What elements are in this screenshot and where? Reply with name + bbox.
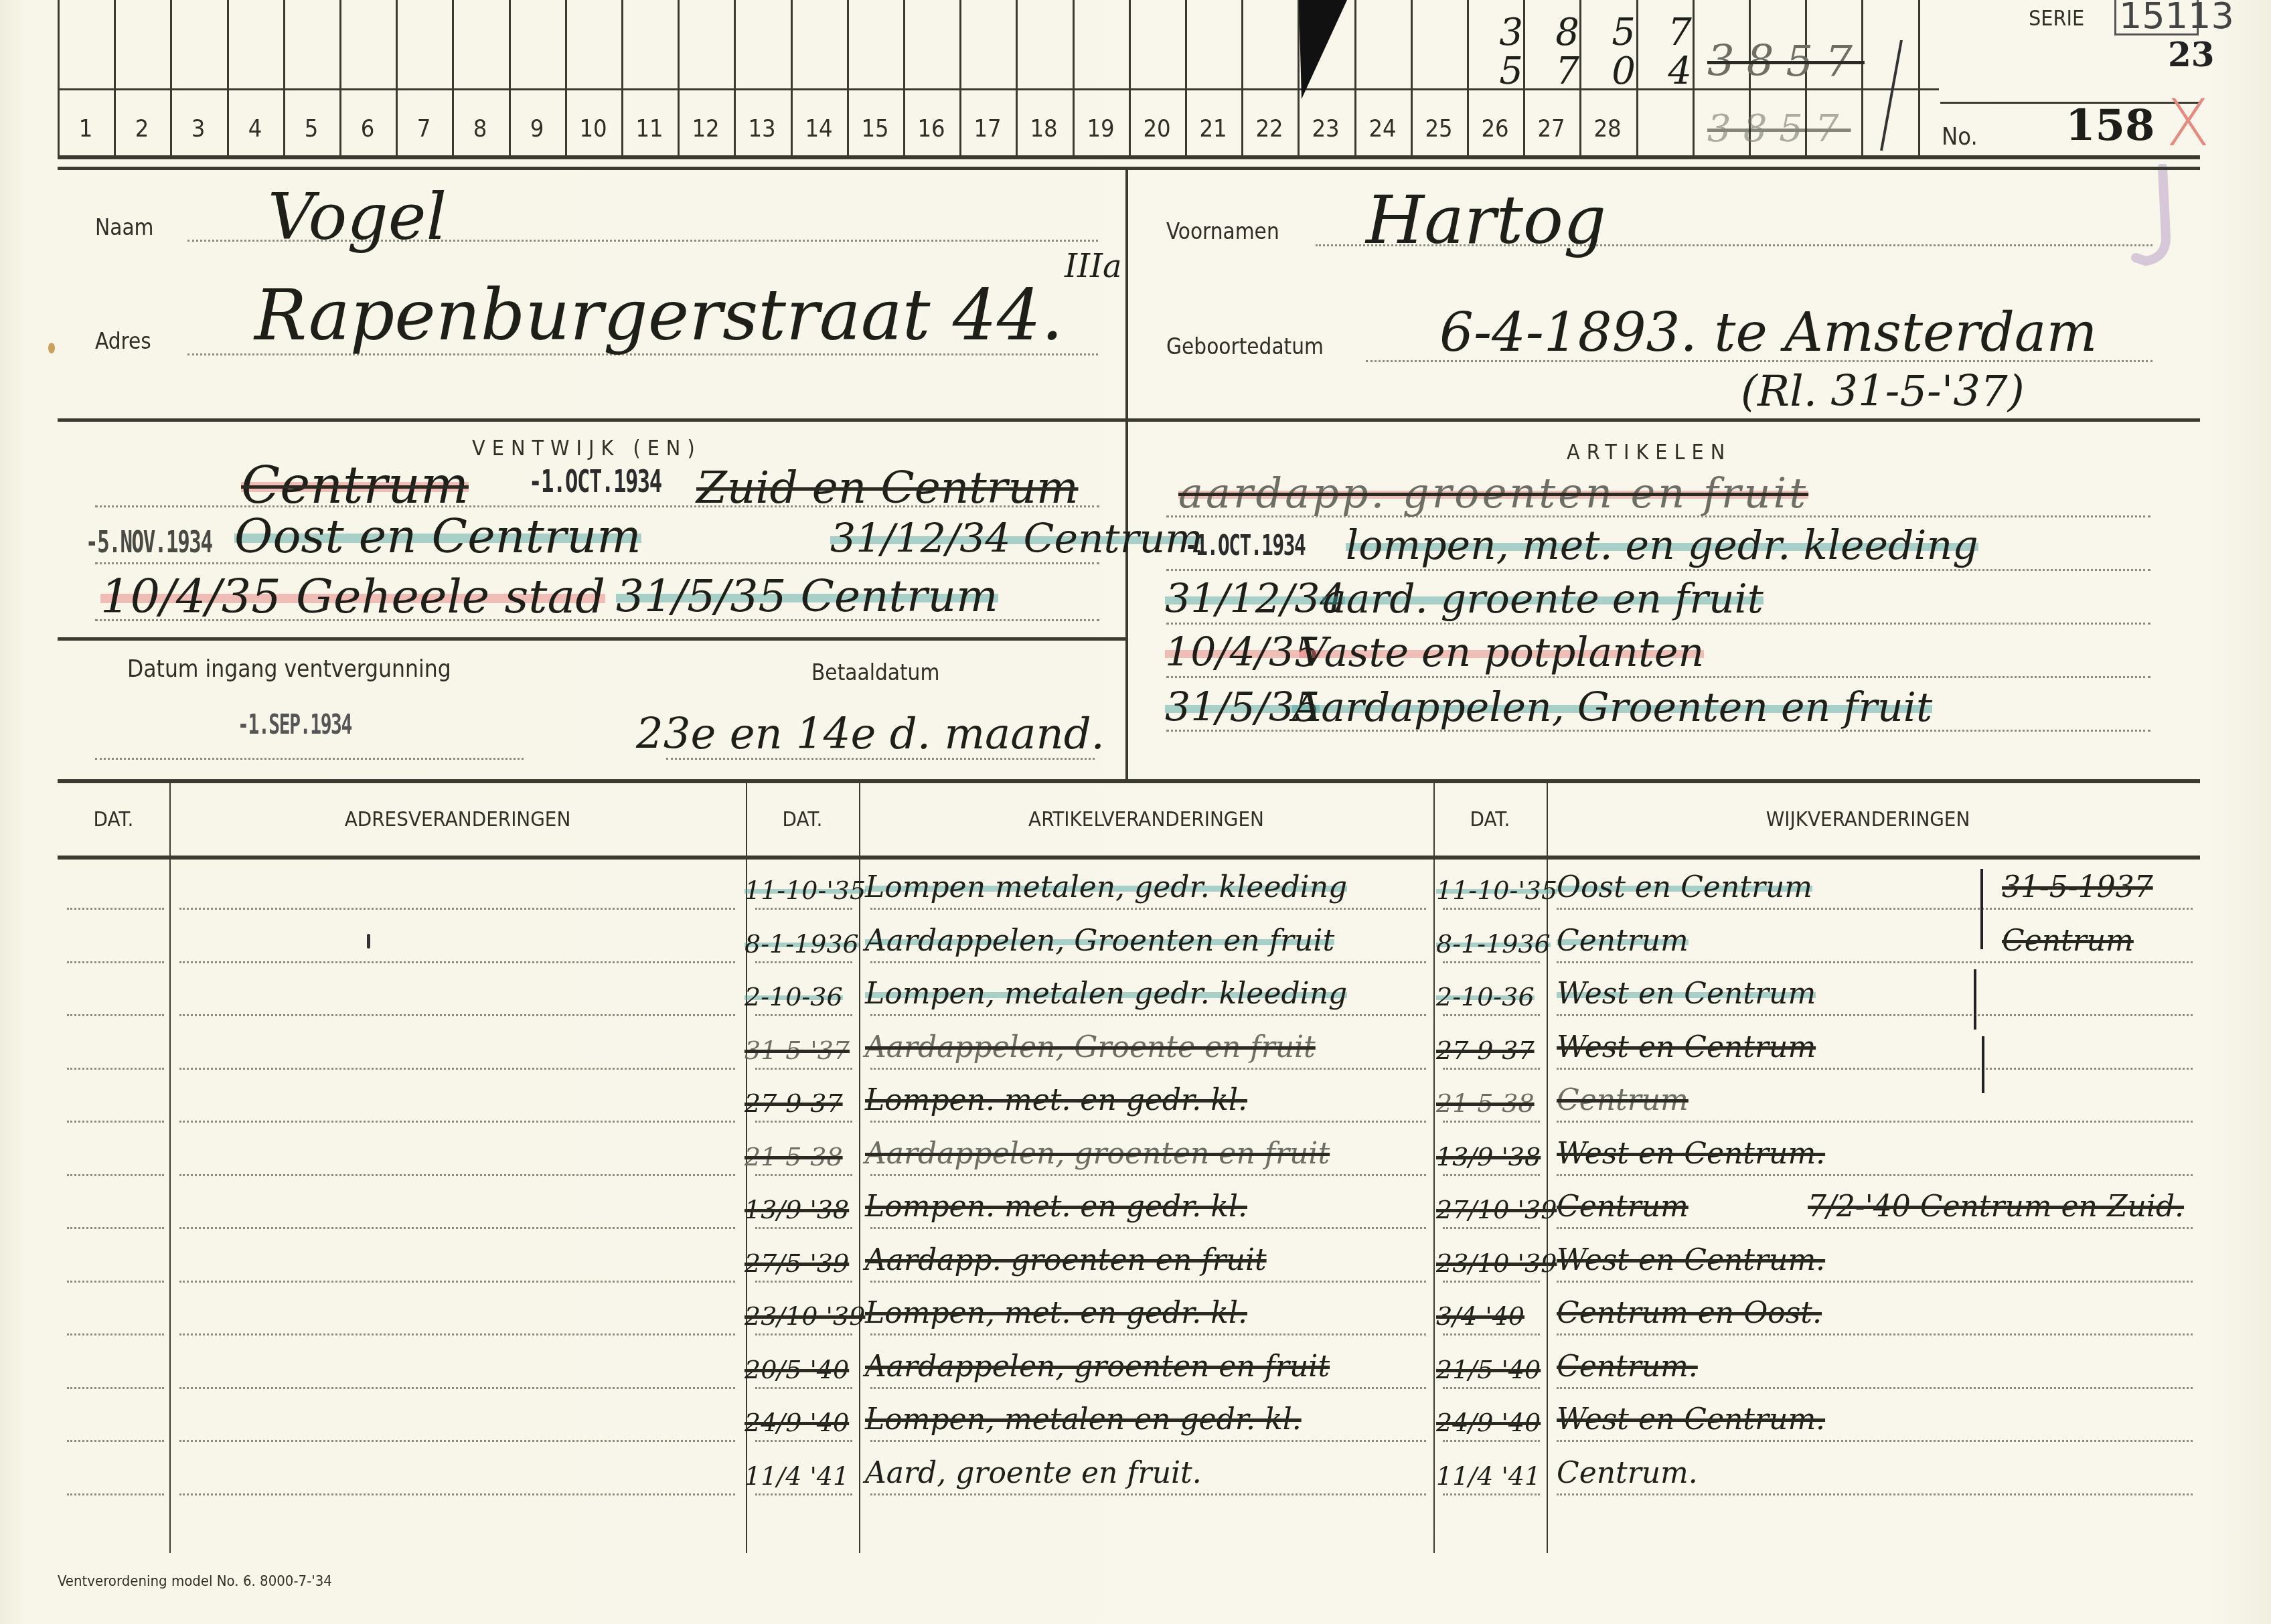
row-line bbox=[755, 908, 852, 910]
row-line bbox=[870, 1333, 1426, 1335]
row-line bbox=[1443, 1440, 1540, 1442]
wijk-row-note: Centrum bbox=[2002, 924, 2134, 958]
row-line bbox=[1557, 1387, 2193, 1389]
wijk-row-text: West en Centrum. bbox=[1557, 1137, 1825, 1171]
wijk-row-date: 2-10-36 bbox=[1436, 982, 1535, 1011]
artikelen-line-2 bbox=[1166, 569, 2150, 571]
ventwijk-stamp-1: -1.OCT.1934 bbox=[529, 463, 661, 499]
artikel-row-text: Aard, groente en fruit. bbox=[865, 1456, 1202, 1490]
column-number: 24 bbox=[1354, 115, 1411, 143]
row-line bbox=[1443, 1493, 1540, 1495]
column-number: 23 bbox=[1298, 115, 1354, 143]
artikel-row-date: 2-10-36 bbox=[745, 982, 843, 1011]
column-number: 8 bbox=[452, 115, 508, 143]
row-line bbox=[1557, 1227, 2193, 1229]
header-artikelveranderingen: ARTIKELVERANDERINGEN bbox=[859, 807, 1433, 831]
wijk-row-date: 27/10 '39 bbox=[1436, 1195, 1557, 1224]
ventwijk-entry-2: Oost en Centrum bbox=[234, 509, 641, 564]
row-line bbox=[1557, 1174, 2193, 1176]
serie-sub: 23 bbox=[2168, 35, 2215, 74]
row-line bbox=[1557, 961, 2193, 963]
row-line bbox=[67, 1440, 164, 1442]
artikelen-line-4 bbox=[1166, 676, 2150, 678]
ingang-label: Datum ingang ventvergunning bbox=[127, 656, 451, 683]
stain-mark bbox=[48, 343, 55, 353]
artikel-row-text: Aardappelen, Groenten en fruit bbox=[865, 924, 1334, 958]
artikel-entry-5: Aardappelen, Groenten en fruit bbox=[1292, 684, 1932, 731]
artikel-entry-4: Vaste en potplanten bbox=[1299, 629, 1704, 676]
artikel-row-text: Aardappelen, Groente en fruit bbox=[865, 1030, 1316, 1064]
row-line bbox=[1443, 1227, 1540, 1229]
column-number: 21 bbox=[1185, 115, 1241, 143]
column-number: 28 bbox=[1579, 115, 1636, 143]
ventwijk-entry-1b: Zuid en Centrum bbox=[696, 462, 1078, 513]
column-number: 2 bbox=[114, 115, 170, 143]
row-line bbox=[755, 1387, 852, 1389]
artikel-row-text: Aardapp. groenten en fruit bbox=[865, 1243, 1267, 1277]
column-number: 26 bbox=[1467, 115, 1523, 143]
column-number: 20 bbox=[1129, 115, 1185, 143]
column-number: 5 bbox=[283, 115, 339, 143]
column-number: 15 bbox=[847, 115, 903, 143]
row-line bbox=[179, 1440, 735, 1442]
column-number: 14 bbox=[791, 115, 847, 143]
row-line bbox=[755, 1121, 852, 1123]
row-line bbox=[1443, 908, 1540, 910]
ventwijk-entry-1: Centrum bbox=[241, 455, 469, 515]
wijk-row-text: West en Centrum bbox=[1557, 977, 1816, 1011]
wijk-row-note: 31-5-1937 bbox=[2002, 870, 2153, 904]
artikel-entry-3: aard. groente en fruit bbox=[1322, 576, 1764, 623]
wijk-row-text: Centrum bbox=[1557, 924, 1689, 958]
row-line bbox=[755, 1440, 852, 1442]
row-line bbox=[755, 1493, 852, 1495]
artikel-row-date: 27/5 '39 bbox=[745, 1248, 849, 1278]
wijk-row-text: West en Centrum bbox=[1557, 1030, 1816, 1064]
header-dat-artikel: DAT. bbox=[746, 807, 859, 831]
wijk-row-text: West en Centrum. bbox=[1557, 1243, 1825, 1277]
artikelen-line-3 bbox=[1166, 623, 2150, 625]
registration-card: 1234567891011121314151617181920212223242… bbox=[0, 0, 2271, 1624]
artikel-row-date: 8-1-1936 bbox=[745, 929, 859, 959]
row-line bbox=[179, 908, 735, 910]
divider-top bbox=[58, 167, 2200, 170]
artikel-row-date: 31-5-'37 bbox=[745, 1036, 850, 1065]
column-number: 27 bbox=[1523, 115, 1579, 143]
row-line bbox=[67, 961, 164, 963]
column-number: 25 bbox=[1411, 115, 1467, 143]
row-line bbox=[755, 1174, 852, 1176]
wijk-row-date: 24/9 '40 bbox=[1436, 1408, 1541, 1437]
row-line bbox=[67, 1174, 164, 1176]
col-divider-1 bbox=[169, 783, 171, 1553]
header-adresveranderingen: ADRESVERANDERINGEN bbox=[169, 807, 746, 831]
row-line bbox=[67, 1014, 164, 1016]
wijk-row-date: 11/4 '41 bbox=[1436, 1461, 1541, 1491]
artikel-entry-2: lompen, met. en gedr. kleeding bbox=[1346, 522, 1978, 569]
artikel-entry-1: aardapp. groenten en fruit bbox=[1178, 469, 1808, 517]
adres-label: Adres bbox=[95, 328, 151, 354]
row-line bbox=[179, 1121, 735, 1123]
row-line bbox=[1443, 1333, 1540, 1335]
row-line bbox=[179, 961, 735, 963]
card-number: 158 bbox=[2065, 100, 2155, 151]
column-number: 17 bbox=[959, 115, 1016, 143]
column-number: 12 bbox=[678, 115, 734, 143]
row-line bbox=[179, 1387, 735, 1389]
betaal-line bbox=[666, 758, 1095, 760]
artikelen-title: ARTIKELEN bbox=[1567, 439, 1731, 465]
wijk-row-date: 13/9 '38 bbox=[1436, 1142, 1541, 1171]
row-line bbox=[870, 1174, 1426, 1176]
wijk-row-text: Centrum bbox=[1557, 1190, 1689, 1224]
ingang-value: -1.SEP.1934 bbox=[238, 710, 351, 740]
row-line bbox=[179, 1281, 735, 1283]
header-wijkveranderingen: WIJKVERANDERINGEN bbox=[1547, 807, 2189, 831]
tab-marker-icon bbox=[1299, 0, 1352, 100]
row-line bbox=[755, 1068, 852, 1070]
ingang-line bbox=[95, 758, 524, 760]
column-number: 11 bbox=[621, 115, 678, 143]
header-dat-wijk: DAT. bbox=[1433, 807, 1547, 831]
artikel-row-text: Lompen metalen, gedr. kleeding bbox=[865, 870, 1347, 904]
column-number: 13 bbox=[734, 115, 790, 143]
row-line bbox=[870, 1068, 1426, 1070]
wijk-row-text: Centrum en Oost. bbox=[1557, 1296, 1822, 1330]
artikel-row-date: 11-10-'35 bbox=[745, 876, 866, 905]
row-line bbox=[179, 1068, 735, 1070]
wijk-row-date: 21/5 '40 bbox=[1436, 1355, 1541, 1384]
ventwijk-entry-3b: 31/5/35 Centrum bbox=[616, 570, 998, 622]
ventwijk-stamp-2: -5.NOV.1934 bbox=[86, 525, 212, 560]
row-line bbox=[179, 1014, 735, 1016]
row-line bbox=[1443, 1281, 1540, 1283]
purple-bracket-mark-icon bbox=[2129, 164, 2183, 271]
row-line bbox=[1557, 1440, 2193, 1442]
row-line bbox=[870, 961, 1426, 963]
col-divider-4 bbox=[1433, 783, 1435, 1553]
row-line bbox=[1557, 1014, 2193, 1016]
column-number: 19 bbox=[1073, 115, 1129, 143]
row-line bbox=[1557, 1333, 2193, 1335]
form-footer: Ventverordening model No. 6. 8000-7-'34 bbox=[58, 1573, 332, 1590]
column-number: 18 bbox=[1016, 115, 1072, 143]
row-line bbox=[67, 1387, 164, 1389]
wijk-row-text: Centrum. bbox=[1557, 1456, 1698, 1490]
grid-mid-line bbox=[58, 88, 1939, 90]
naam-label: Naam bbox=[95, 214, 154, 240]
wijk-row-date: 23/10 '39 bbox=[1436, 1248, 1557, 1278]
row-line bbox=[1557, 1281, 2193, 1283]
artikel-row-date: 11/4 '41 bbox=[745, 1461, 849, 1491]
red-x-mark: X bbox=[2166, 86, 2210, 161]
row-line bbox=[870, 1493, 1426, 1495]
brace-mark-icon bbox=[1968, 869, 1995, 1097]
row-line bbox=[67, 1493, 164, 1495]
row-line bbox=[179, 1493, 735, 1495]
top-digit-col26: 35 bbox=[1494, 13, 1528, 91]
column-number: 6 bbox=[339, 115, 396, 143]
column-number: 3 bbox=[170, 115, 226, 143]
ventwijk-entry-2b: 31/12/34 Centrum bbox=[830, 515, 1203, 562]
row-line bbox=[1557, 1121, 2193, 1123]
voornamen-label: Voornamen bbox=[1166, 218, 1279, 244]
wijk-row-text: Oost en Centrum bbox=[1557, 870, 1812, 904]
wijk-row-date: 8-1-1936 bbox=[1436, 929, 1551, 959]
naam-value: Vogel bbox=[268, 179, 447, 254]
wijk-row-date: 21-5-38 bbox=[1436, 1088, 1535, 1118]
artikel-row-date: 27-9-37 bbox=[745, 1088, 843, 1118]
artikel-stamp-2: -1.OCT.1934 bbox=[1185, 529, 1305, 562]
row-line bbox=[870, 1121, 1426, 1123]
column-number: 22 bbox=[1241, 115, 1298, 143]
row-line bbox=[1557, 1068, 2193, 1070]
artikel-row-text: Lompen. met. en gedr. kl. bbox=[865, 1083, 1247, 1117]
column-number: 16 bbox=[903, 115, 959, 143]
divider-personal bbox=[58, 418, 2200, 422]
row-line bbox=[1443, 1174, 1540, 1176]
wijk-row-note: 7/2-'40 Centrum en Zuid. bbox=[1808, 1190, 2184, 1224]
row-line bbox=[870, 1440, 1426, 1442]
row-line bbox=[870, 908, 1426, 910]
row-line bbox=[1443, 1121, 1540, 1123]
row-line bbox=[179, 1333, 735, 1335]
row-line bbox=[1557, 908, 2193, 910]
row-line bbox=[755, 1014, 852, 1016]
artikel-entry-4-date: 10/4/35 bbox=[1165, 629, 1320, 676]
row-line bbox=[67, 1333, 164, 1335]
geboortedatum-note: (Rl. 31-5-'37) bbox=[1741, 367, 2025, 416]
adres-suffix: IIIa bbox=[1065, 248, 1122, 285]
wijk-row-text: Centrum bbox=[1557, 1083, 1689, 1117]
row-line bbox=[1443, 1387, 1540, 1389]
ventwijk-title: VENTWIJK (EN) bbox=[472, 435, 702, 461]
row-line bbox=[870, 1227, 1426, 1229]
row-line bbox=[1443, 1014, 1540, 1016]
wijk-row-date: 11-10-'35 bbox=[1436, 876, 1557, 905]
artikel-row-text: Aardappelen, groenten en fruit bbox=[865, 1350, 1330, 1384]
row-line bbox=[179, 1227, 735, 1229]
artikel-entry-3-date: 31/12/34 bbox=[1165, 576, 1345, 623]
column-number: 9 bbox=[509, 115, 565, 143]
row-line bbox=[67, 1227, 164, 1229]
top-digit-col28: 50 bbox=[1607, 13, 1640, 91]
artikel-row-date: 23/10 '39 bbox=[745, 1301, 865, 1331]
artikel-row-text: Lompen, met. en gedr. kl. bbox=[865, 1296, 1247, 1330]
grid-column-line bbox=[1918, 0, 1920, 158]
top-digit-col29: 74 bbox=[1663, 13, 1697, 91]
divider-ventwijk bbox=[58, 637, 1125, 641]
betaal-label: Betaaldatum bbox=[811, 659, 939, 685]
header-dat-adres: DAT. bbox=[58, 807, 169, 831]
divider-table-top bbox=[58, 779, 2200, 783]
column-number: 1 bbox=[58, 115, 114, 143]
artikel-row-date: 20/5 '40 bbox=[745, 1355, 849, 1384]
row-line bbox=[1443, 961, 1540, 963]
divider-middle bbox=[1125, 167, 1128, 779]
row-line bbox=[755, 1333, 852, 1335]
artikel-row-date: 13/9 '38 bbox=[745, 1195, 849, 1224]
artikel-row-text: Lompen, metalen en gedr. kl. bbox=[865, 1402, 1302, 1437]
row-line bbox=[67, 1068, 164, 1070]
column-number: 4 bbox=[227, 115, 283, 143]
serie-value: 15113 bbox=[2119, 0, 2234, 37]
artikel-row-date: 24/9 '40 bbox=[745, 1408, 849, 1437]
row-line bbox=[870, 1387, 1426, 1389]
column-number: 7 bbox=[396, 115, 452, 143]
row-line bbox=[67, 1281, 164, 1283]
artikel-row-text: Lompen, metalen gedr. kleeding bbox=[865, 977, 1347, 1011]
row-line bbox=[1557, 1493, 2193, 1495]
divider-table-header bbox=[58, 856, 2200, 860]
ink-dot-mark bbox=[367, 934, 370, 949]
row-line bbox=[755, 1281, 852, 1283]
column-number: 10 bbox=[565, 115, 621, 143]
betaal-value: 23e en 14e d. maand. bbox=[636, 710, 1105, 759]
row-line bbox=[755, 961, 852, 963]
artikel-row-text: Lompen. met. en gedr. kl. bbox=[865, 1190, 1247, 1224]
row-line bbox=[67, 1121, 164, 1123]
row-line bbox=[755, 1227, 852, 1229]
voornamen-value: Hartog bbox=[1366, 181, 1606, 259]
row-line bbox=[870, 1014, 1426, 1016]
no-label: No. bbox=[1942, 123, 1978, 151]
wijk-row-date: 27-9-37 bbox=[1436, 1036, 1535, 1065]
grid-bottom-line bbox=[58, 155, 2200, 159]
row-line bbox=[870, 1281, 1426, 1283]
stroke-mark-icon bbox=[1875, 40, 1915, 154]
artikel-row-date: 21-5-38 bbox=[745, 1142, 843, 1171]
crossed-out-number-2: 3857 bbox=[1707, 107, 1851, 151]
wijk-row-date: 3/4 '40 bbox=[1436, 1301, 1524, 1331]
artikel-row-text: Aardappelen, groenten en fruit bbox=[865, 1137, 1330, 1171]
adres-value: Rapenburgerstraat 44. bbox=[254, 274, 1063, 356]
crossed-out-number: 3857 bbox=[1707, 37, 1865, 86]
geboortedatum-value: 6-4-1893. te Amsterdam bbox=[1439, 301, 2097, 363]
wijk-row-text: Centrum. bbox=[1557, 1350, 1698, 1384]
row-line bbox=[179, 1174, 735, 1176]
ventwijk-entry-3: 10/4/35 Geheele stad bbox=[100, 569, 605, 624]
row-line bbox=[67, 908, 164, 910]
serie-label: SERIE bbox=[2029, 5, 2084, 31]
row-line bbox=[1443, 1068, 1540, 1070]
wijk-row-text: West en Centrum. bbox=[1557, 1402, 1825, 1437]
geboortedatum-label: Geboortedatum bbox=[1166, 333, 1324, 359]
top-digit-col27: 87 bbox=[1551, 13, 1584, 91]
